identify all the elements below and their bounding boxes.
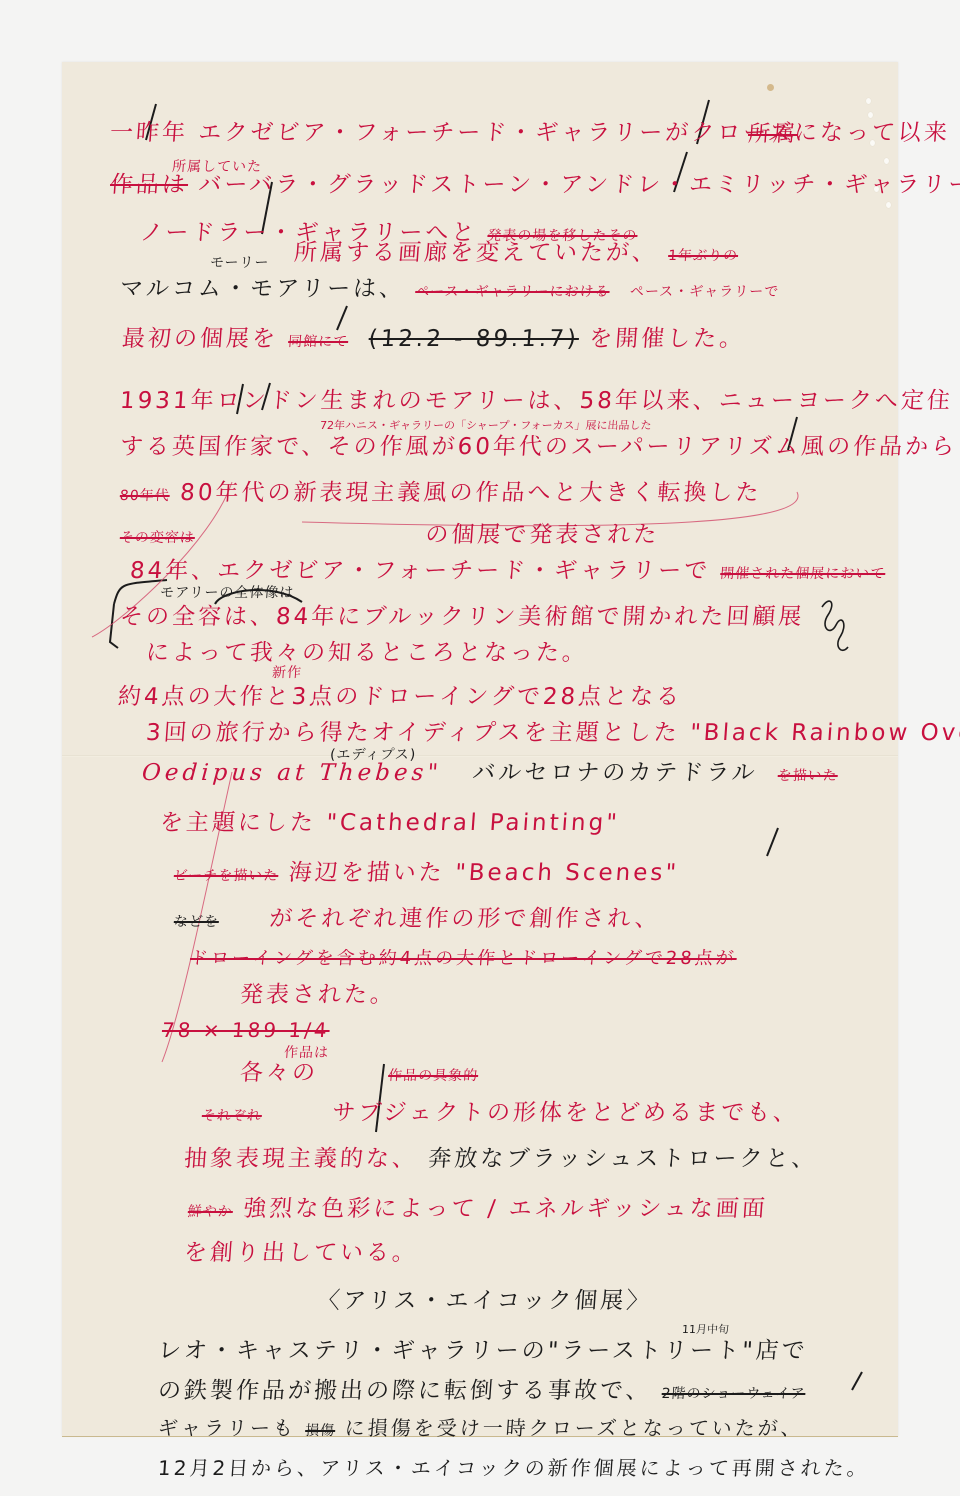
manuscript-line-25: 鮮やか 強烈な色彩によって / エネルギッシュな画面 (187, 1198, 768, 1221)
insertion-note: 新作 (272, 666, 303, 680)
manuscript-line-19: などを がそれぞれ連作の形で創作され、 (173, 908, 661, 931)
manuscript-line-8: する英国作家で、その作風が60年代のスーパーリアリズム風の作品から (119, 436, 958, 459)
manuscript-line-28: レオ・キャステリ・ギャラリーの"ラーストリート"店で (157, 1340, 808, 1363)
section-heading: 〈アリス・エイコック個展〉 (316, 1290, 653, 1313)
manuscript-line-18: ビーチを描いた 海辺を描いた "Beach Scenes" (173, 862, 680, 885)
manuscript-line-11: 84年、エクゼビア・フォーチード・ギャラリーで 開催された個展において (129, 560, 886, 583)
manuscript-line-4: 所属する画廊を変えていたが、 1年ぶりの (293, 242, 739, 265)
manuscript-line-20: ドローイングを含む約4点の大作とドローイングで28点が (189, 950, 737, 968)
manuscript-line-6: 最初の個展を 同館にて (12.2 - 89.1.7) を開催した。 (121, 328, 746, 351)
manuscript-line-29: の鉄製作品が搬出の際に転倒する事故で、 2階のショーウェイア (157, 1380, 806, 1403)
manuscript-line-21: 発表された。 (239, 984, 397, 1007)
manuscript-line-15: 3回の旅行から得たオイディプスを主題とした "Black Rainbow Ove… (145, 722, 960, 745)
manuscript-line-21-struck: 78 × 189 1/4 (161, 1020, 330, 1040)
manuscript-line-1: 一昨年 エクゼビア・フォーチード・ギャラリーがクローズになって以来 移籍 (109, 122, 960, 145)
manuscript-line-30: ギャラリーも 損傷 に損傷を受け一時クローズとなっていたが、 (157, 1418, 804, 1438)
manuscript-line-17: を主題にした "Cathedral Painting" (159, 812, 620, 835)
manuscript-line-22: 各々の 作品の具象的 (239, 1062, 479, 1085)
insertion-note: モーリー (210, 256, 270, 270)
manuscript-line-13: によって我々の知るところとなった。 (145, 642, 589, 665)
manuscript-line-10: その変容は の個展で発表された (119, 524, 660, 547)
insertion-note: モアリーの全体像は (160, 586, 295, 600)
manuscript-line-16: Oedipus at Thebes" バルセロナのカテドラル を描いた (141, 762, 838, 785)
insertion-note: 72年ハニス・ギャラリーの「シャープ・フォーカス」展に出品した (320, 420, 652, 431)
manuscript-line-9: 80年代 80年代の新表現主義風の作品へと大きく転換した (119, 482, 762, 505)
manuscript-line-24: 抽象表現主義的な、 奔放なブラッシュストロークと、 (183, 1148, 818, 1171)
margin-struck-note: 所属 (747, 124, 799, 146)
insertion-note: 11月中旬 (682, 1324, 730, 1335)
manuscript-line-7: 1931年ロンドン生まれのモアリーは、58年以来、ニューヨークへ定住 (119, 390, 953, 413)
manuscript-line-23: それぞれ サブジェクトの形体をとどめるまでも、 (201, 1102, 800, 1125)
insertion-note: 作品は (284, 1046, 330, 1060)
manuscript-line-5: マルコム・モアリーは、 ペース・ギャラリーにおける ペース・ギャラリーで (119, 278, 780, 301)
manuscript-line-12: その全容は、84年にブルックリン美術館で開かれた回顧展 (119, 606, 805, 629)
manuscript-line-14: 約4点の大作と3点のドローイングで28点となる (117, 686, 683, 709)
manuscript-line-26: を創り出している。 (183, 1242, 419, 1265)
manuscript-line-31: 12月2日から、アリス・エイコックの新作個展によって再開された。 (157, 1458, 870, 1478)
manuscript-page: 一昨年 エクゼビア・フォーチード・ギャラリーがクローズになって以来 移籍 所属し… (62, 62, 898, 1436)
manuscript-line-2: 作品は バーバラ・グラッドストーン・アンドレ・エミリッチ・ギャラリー / マイケ… (109, 174, 960, 197)
pen-marks (62, 62, 898, 1436)
